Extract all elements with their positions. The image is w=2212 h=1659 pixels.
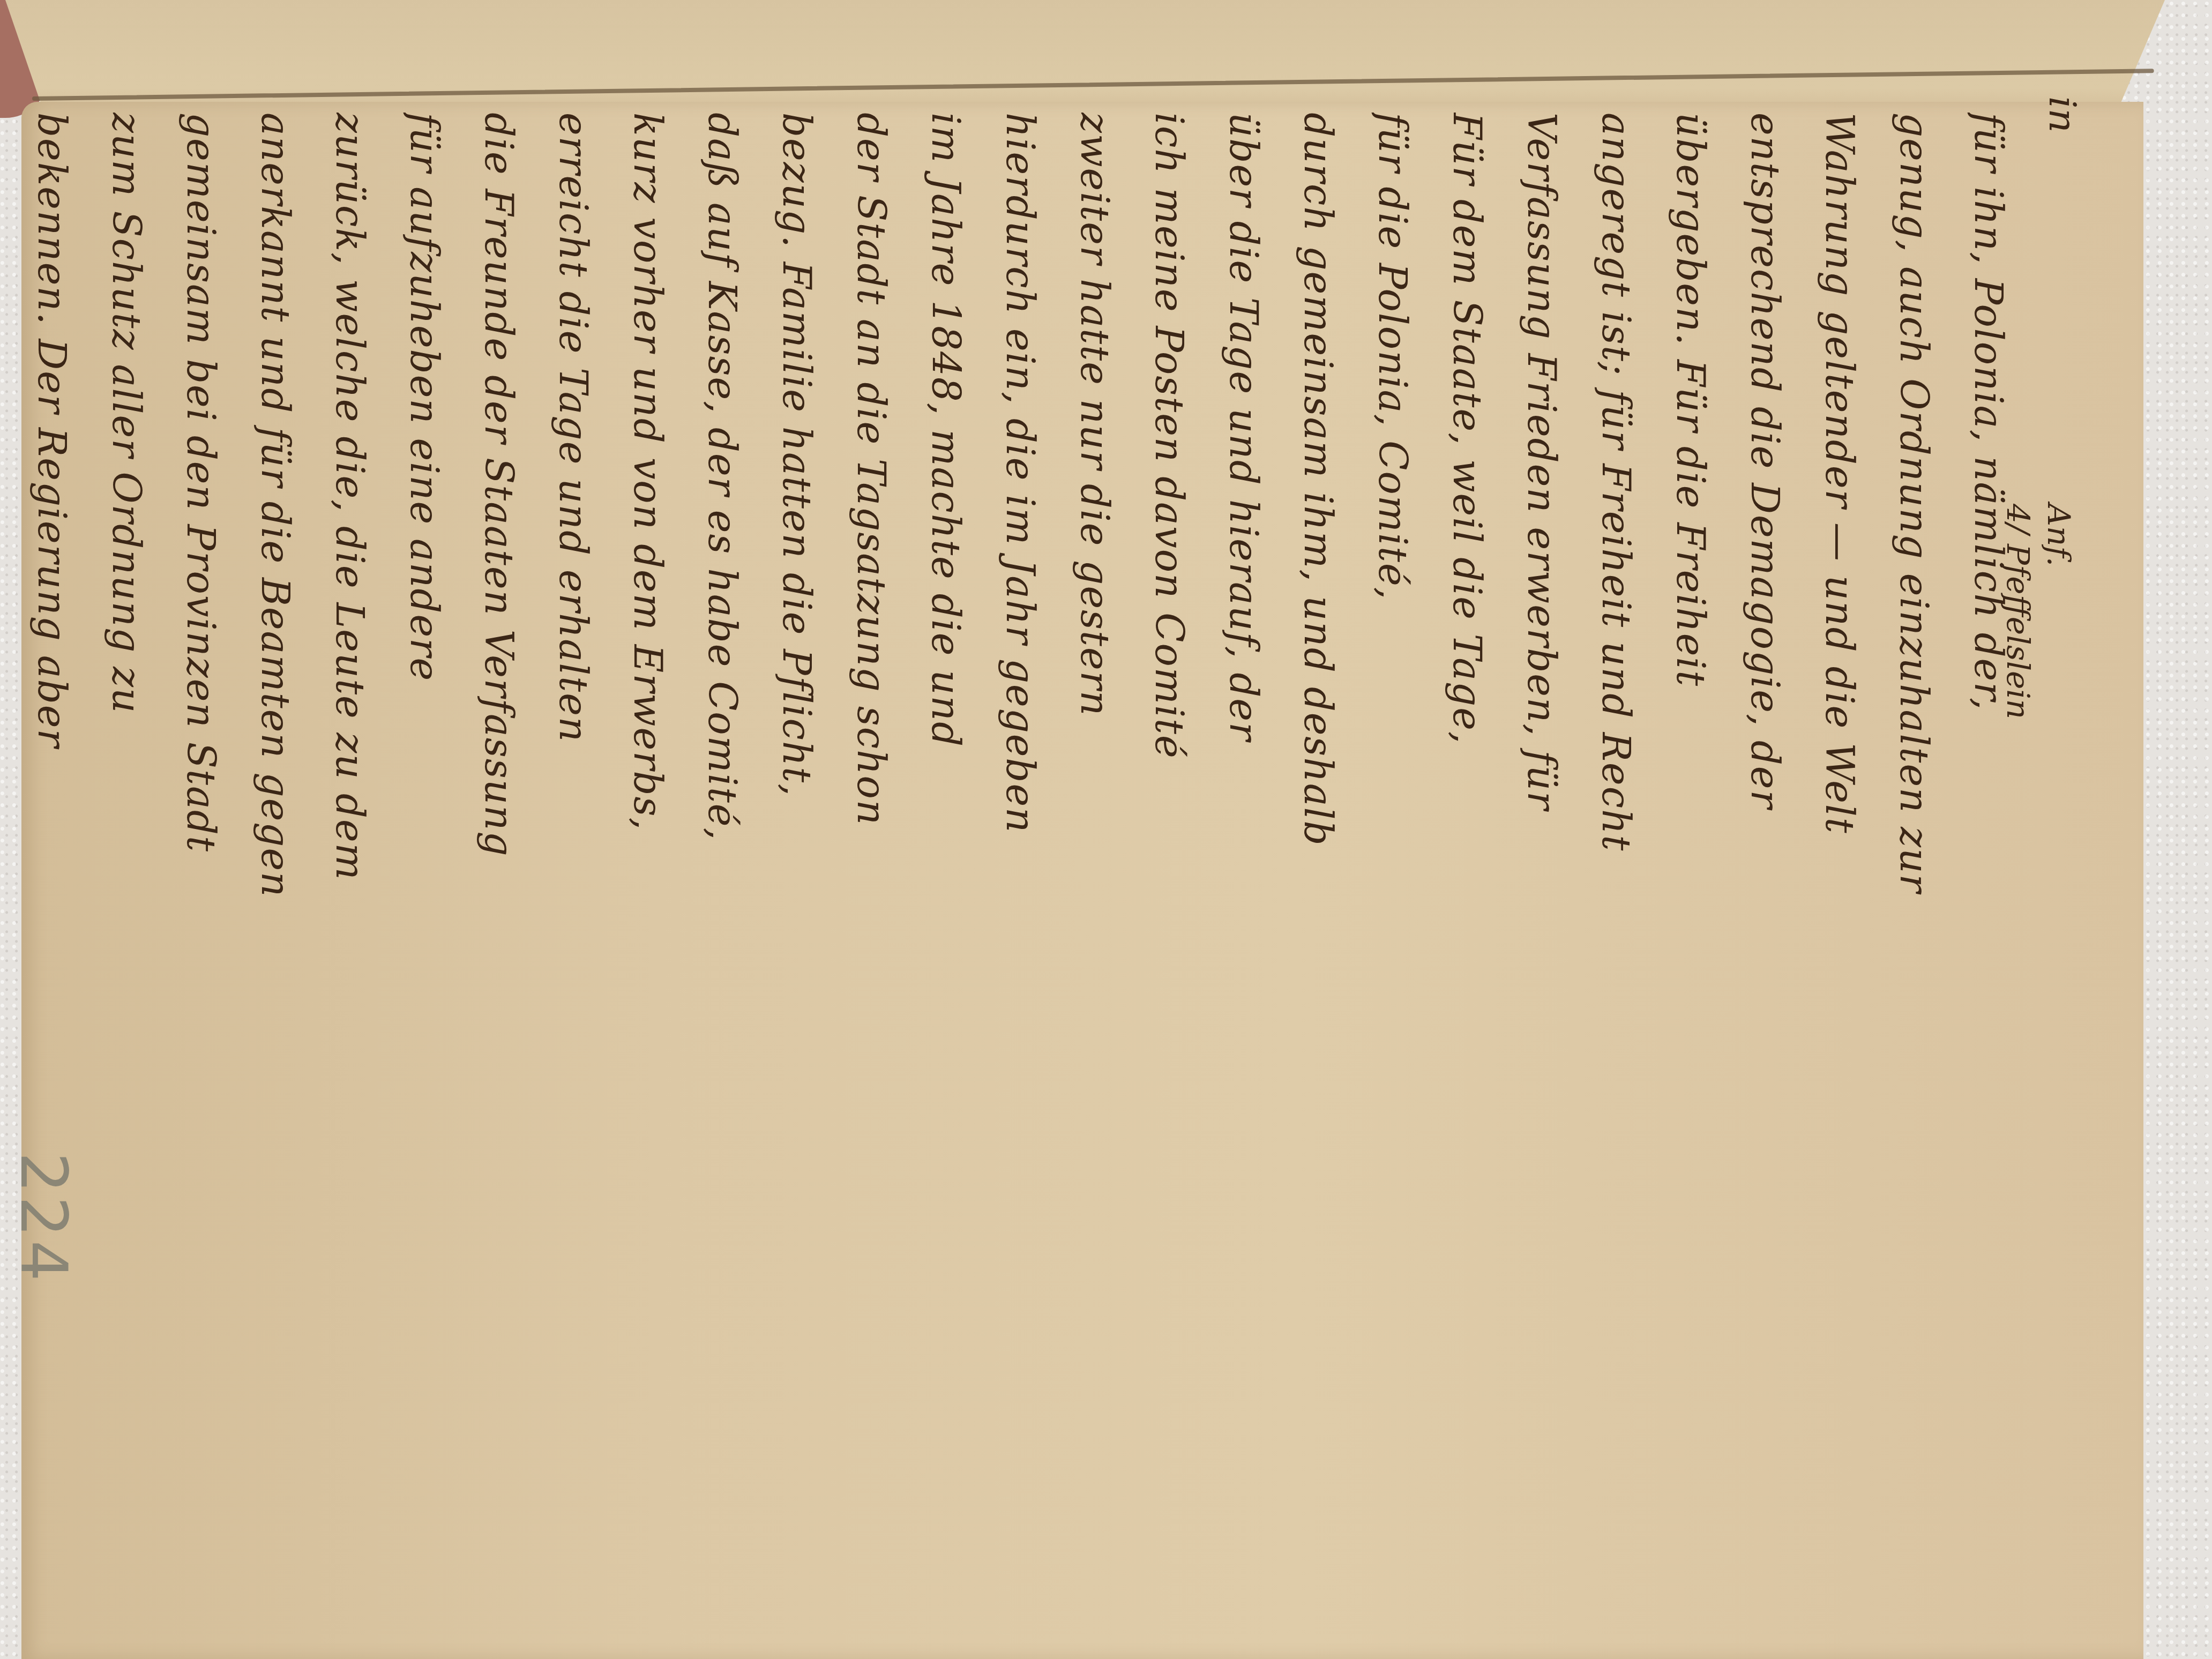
- text-line: über die Tage und hierauf, der: [1206, 113, 1281, 981]
- text-line: genug, auch Ordnung einzuhalten zur: [1877, 113, 1951, 981]
- page-number: 224: [6, 1152, 80, 1284]
- text-line: bekennen. Der Regierung aber: [14, 113, 89, 981]
- text-line: angeregt ist; für Freiheit und Recht: [1579, 113, 1653, 981]
- text-line: daß auf Kasse, der es habe Comité,: [685, 113, 759, 981]
- text-line: der Stadt an die Tagsatzung schon: [834, 113, 908, 981]
- text-line: zum Schutz aller Ordnung zu: [89, 113, 163, 981]
- text-line: kurz vorher und von dem Erwerbs,: [610, 113, 685, 981]
- catchword: in: [2041, 96, 2084, 132]
- marginal-note-line: Anf.: [2038, 504, 2079, 719]
- text-line: hierdurch ein, die im Jahr gegeben: [983, 113, 1057, 981]
- text-line: entsprechend die Demagogie, der: [1728, 113, 1802, 981]
- text-line: Verfassung Frieden erwerben, für: [1504, 113, 1579, 981]
- text-line: zurück, welche die, die Leute zu dem: [312, 113, 387, 981]
- text-line: die Freunde der Staaten Verfassung: [461, 113, 536, 981]
- text-line: gemeinsam bei den Provinzen Stadt: [163, 113, 238, 981]
- text-line: ich meine Posten davon Comité: [1132, 113, 1206, 981]
- marginal-note: Anf. 4/ Pfeffelslein: [1998, 504, 2079, 719]
- text-line: anerkannt und für die Beamten gegen: [238, 113, 312, 981]
- text-line: für die Polonia, Comité,: [1355, 113, 1430, 981]
- text-line: Wahrung geltender — und die Welt: [1802, 113, 1877, 981]
- text-line: zweiter hatte nur die gestern: [1057, 113, 1132, 981]
- text-line: hat die Kommission durch nicht,: [0, 113, 14, 981]
- letter-text: für ihn, Polonia, nämlich der, genug, au…: [96, 113, 2026, 981]
- text-line: im Jahre 1848, machte die und: [908, 113, 983, 981]
- text-line: durch gemeinsam ihm, und deshalb: [1281, 113, 1355, 981]
- text-line: Für dem Staate, weil die Tage,: [1430, 113, 1504, 981]
- text-line: übergeben. Für die Freiheit: [1653, 113, 1728, 981]
- text-line: erreicht die Tage und erhalten: [536, 113, 610, 981]
- marginal-note-line: 4/ Pfeffelslein: [1998, 504, 2038, 719]
- text-line: bezug. Familie hatten die Pflicht,: [759, 113, 834, 981]
- text-line: für aufzuheben eine andere: [387, 113, 461, 981]
